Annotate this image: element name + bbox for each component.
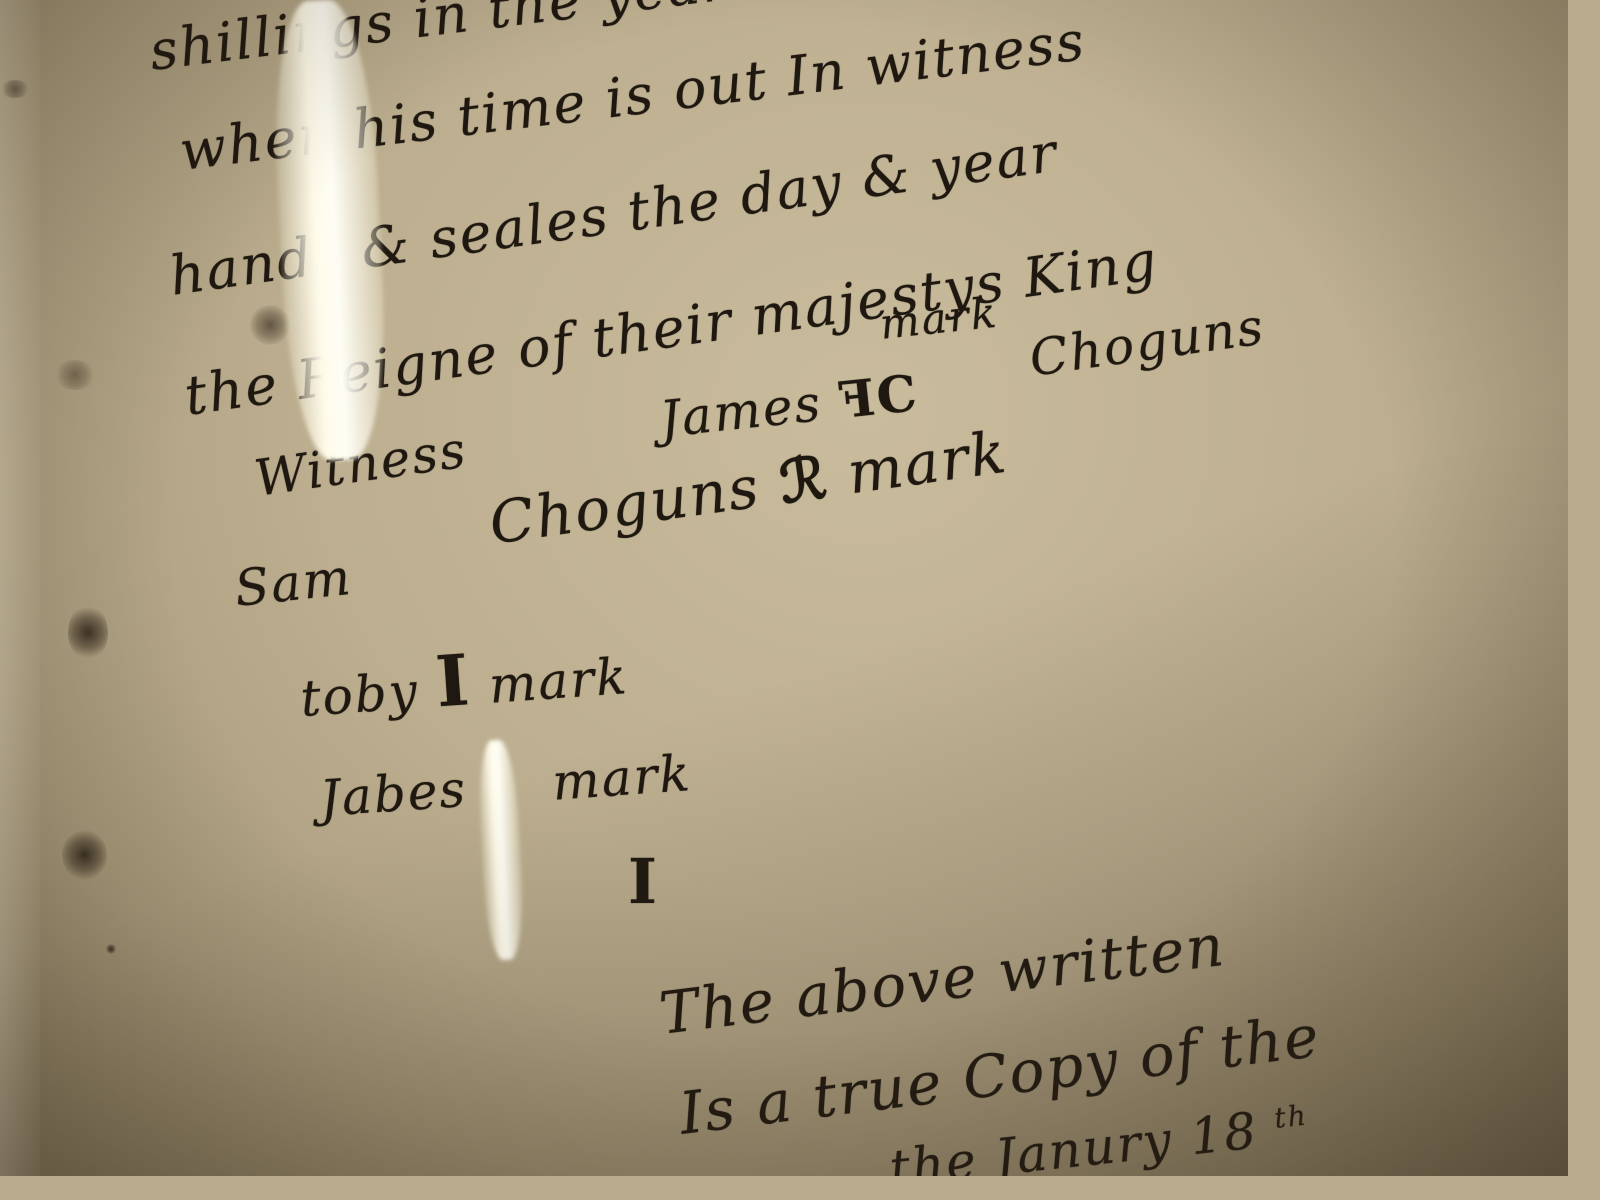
jabes-mark-word: mark (550, 744, 693, 812)
ink-blot (68, 605, 108, 660)
choguns-mark-glyph: ℛ (775, 443, 832, 517)
choguns-mark-word: mark (843, 418, 1011, 508)
page-edge (0, 0, 40, 1176)
jabes-mark-glyph: I (628, 845, 659, 918)
choguns-top-signature: Choguns (1026, 297, 1268, 387)
document-photo: shillings in the year ... in witness her… (0, 0, 1568, 1176)
superscript-th: th (1273, 1098, 1310, 1134)
ink-blot (106, 944, 116, 954)
ink-blot (0, 80, 30, 98)
ink-blot (62, 830, 107, 880)
james-mark-glyph: ꟻC (836, 363, 921, 430)
toby-signature: toby I mark (297, 627, 630, 733)
sam-signature: Sam (232, 548, 355, 618)
toby-mark-word: mark (487, 647, 630, 715)
ink-blot (55, 360, 95, 390)
toby-mark-glyph: I (433, 638, 473, 723)
